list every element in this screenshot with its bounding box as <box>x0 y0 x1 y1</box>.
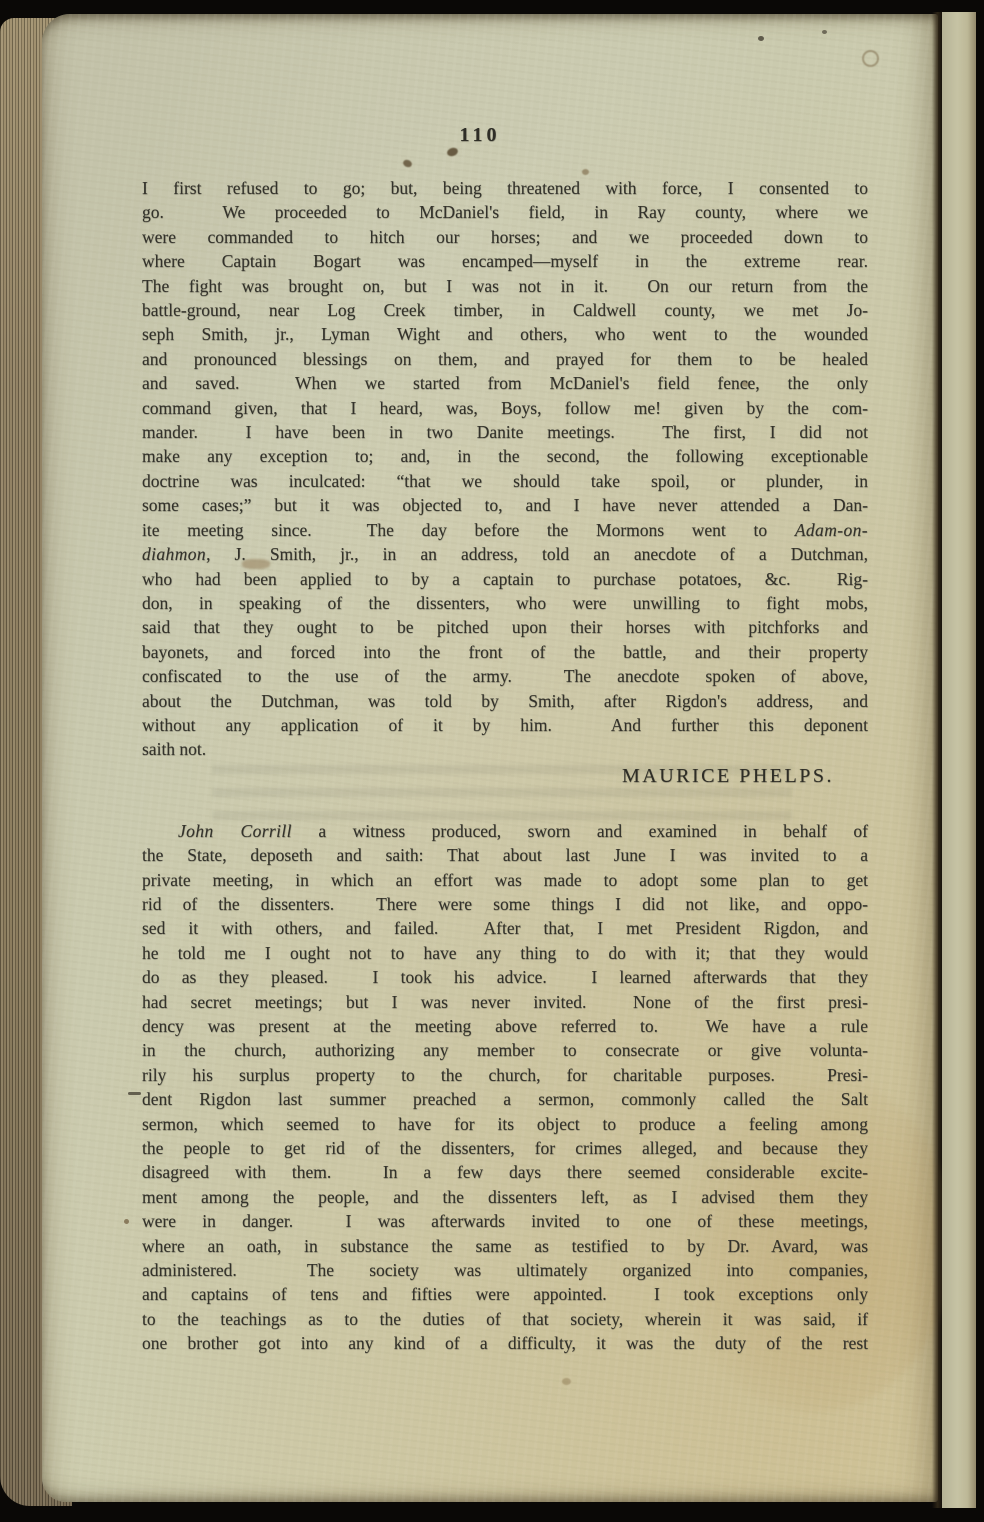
text-line: about the Dutchman, was told by Smith, a… <box>142 689 868 713</box>
text-line: I first refused to go; but, being threat… <box>142 176 868 200</box>
text-line: said that they ought to be pitched upon … <box>142 615 868 639</box>
text-line: were commanded to hitch our horses; and … <box>142 225 868 249</box>
page-content: 110 I first refused to go; but, being th… <box>142 124 868 1356</box>
text-line: battle-ground, near Log Creek timber, in… <box>142 298 868 322</box>
text-line: the State, deposeth and saith: That abou… <box>142 843 868 867</box>
page-gutter-crease <box>932 12 942 1508</box>
text-line: where Captain Bogart was encamped—myself… <box>142 249 868 273</box>
text-line: and captains of tens and fifties were ap… <box>142 1282 868 1306</box>
text-line: and saved. When we started from McDaniel… <box>142 371 868 395</box>
text-line: dent Rigdon last summer preached a sermo… <box>142 1087 868 1111</box>
text-line: doctrine was inculcated: “that we should… <box>142 469 868 493</box>
text-line: saith not. <box>142 737 868 761</box>
text-line: John Corrill a witness produced, sworn a… <box>142 819 868 843</box>
foxing-spot <box>124 1219 129 1224</box>
text-line: diahmon, J. Smith, jr., in an address, t… <box>142 542 868 566</box>
text-line: sermon, which seemed to have for its obj… <box>142 1112 868 1136</box>
ink-spot <box>758 36 764 41</box>
text-line: where an oath, in substance the same as … <box>142 1234 868 1258</box>
text-line: some cases;” but it was objected to, and… <box>142 493 868 517</box>
text-line: were in danger. I was afterwards invited… <box>142 1209 868 1233</box>
adjacent-page-edge <box>942 12 976 1508</box>
page-number: 110 <box>142 124 868 152</box>
text-line: private meeting, in which an effort was … <box>142 868 868 892</box>
text-line: ment among the people, and the dissenter… <box>142 1185 868 1209</box>
text-line: who had been applied to by a captain to … <box>142 567 868 591</box>
text-line: disagreed with them. In a few days there… <box>142 1160 868 1184</box>
text-line: without any application of it by him. An… <box>142 713 868 737</box>
text-line: and pronounced blessings on them, and pr… <box>142 347 868 371</box>
text-line: dency was present at the meeting above r… <box>142 1014 868 1038</box>
text-line: do as they pleased. I took his advice. I… <box>142 965 868 989</box>
text-line: confiscated to the use of the army. The … <box>142 664 868 688</box>
text-line: don, in speaking of the dissenters, who … <box>142 591 868 615</box>
text-line: had secret meetings; but I was never inv… <box>142 990 868 1014</box>
text-line: sed it with others, and failed. After th… <box>142 916 868 940</box>
text-line: the people to get rid of the dissenters,… <box>142 1136 868 1160</box>
text-line: in the church, authorizing any member to… <box>142 1038 868 1062</box>
text-line: one brother got into any kind of a diffi… <box>142 1331 868 1355</box>
text-line: mander. I have been in two Danite meetin… <box>142 420 868 444</box>
text-line: bayonets, and forced into the front of t… <box>142 640 868 664</box>
deposition-signature: MAURICE PHELPS. <box>142 765 868 788</box>
text-line: The fight was brought on, but I was not … <box>142 274 868 298</box>
book-page: 110 I first refused to go; but, being th… <box>42 14 938 1502</box>
deposition-phelps-text: I first refused to go; but, being threat… <box>142 176 868 762</box>
margin-dash-mark <box>128 1092 141 1095</box>
text-line: go. We proceeded to McDaniel's field, in… <box>142 200 868 224</box>
text-line: he told me I ought not to have any thing… <box>142 941 868 965</box>
text-line: rid of the dissenters. There were some t… <box>142 892 868 916</box>
text-line: seph Smith, jr., Lyman Wight and others,… <box>142 322 868 346</box>
text-line: make any exception to; and, in the secon… <box>142 444 868 468</box>
text-line: command given, that I heard, was, Boys, … <box>142 396 868 420</box>
text-line: administered. The society was ultimately… <box>142 1258 868 1282</box>
text-line: ite meeting since. The day before the Mo… <box>142 518 868 542</box>
text-line: to the teachings as to the duties of tha… <box>142 1307 868 1331</box>
deposition-corrill-text: John Corrill a witness produced, sworn a… <box>142 819 868 1356</box>
text-line: rily his surplus property to the church,… <box>142 1063 868 1087</box>
foxing-spot <box>562 1378 571 1385</box>
ring-mark <box>862 50 879 67</box>
ink-spot <box>822 30 827 34</box>
book-scan: 110 I first refused to go; but, being th… <box>0 0 984 1522</box>
